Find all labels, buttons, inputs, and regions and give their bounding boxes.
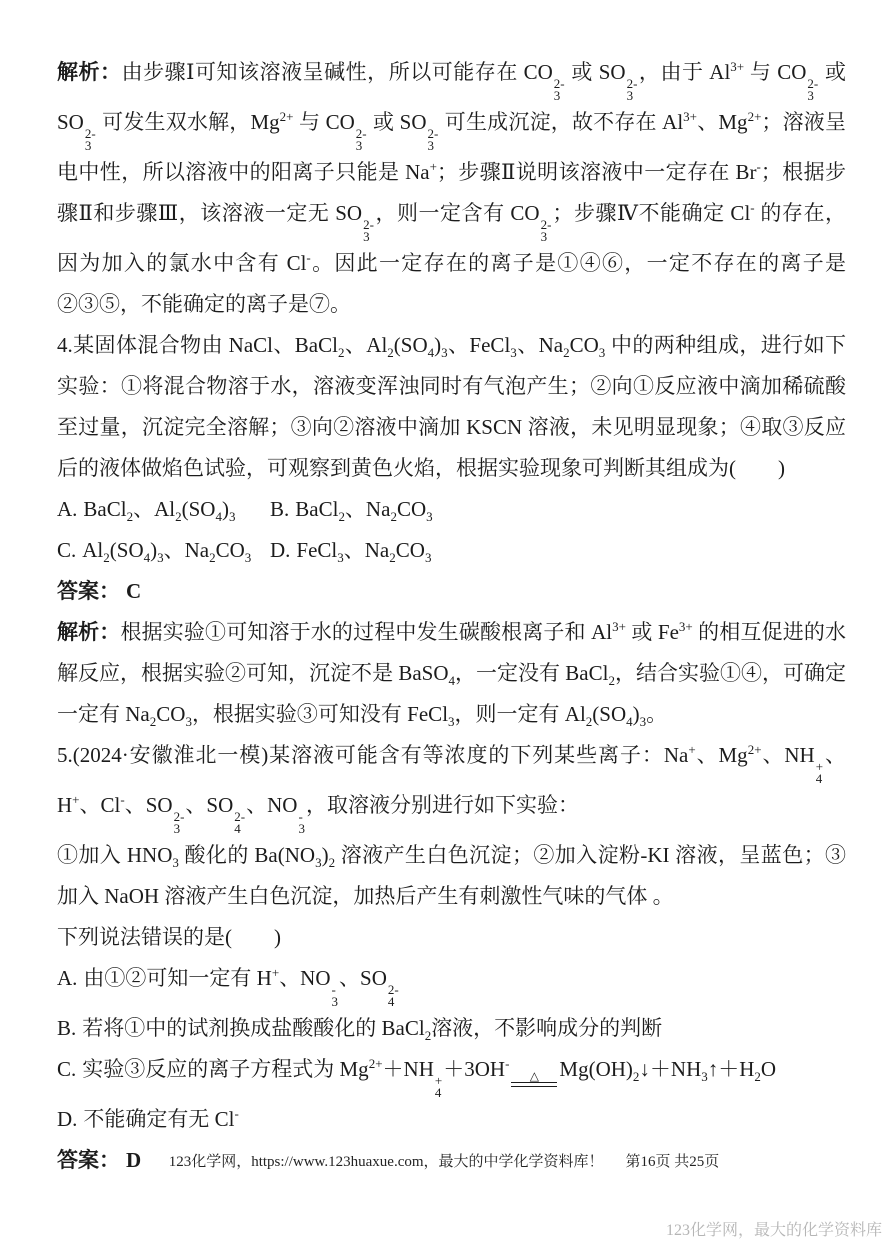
option-5c-label: C. [57, 1057, 76, 1081]
question-4-stem: 4.某固体混合物由 NaCl、BaCl2、Al2(SO4)3、FeCl3、Na2… [57, 325, 846, 489]
option-4d-text: FeCl3、Na2CO3 [296, 538, 431, 562]
option-4b-label: B. [270, 497, 289, 521]
analysis-4-text: 根据实验①可知溶于水的过程中发生碳酸根离子和 Al3+ 或 Fe3+ 的相互促进… [57, 620, 846, 726]
option-4a: A.BaCl2、Al2(SO4)3 [57, 489, 270, 530]
option-5b-text: 若将①中的试剂换成盐酸酸化的 BaCl2溶液，不影响成分的判断 [82, 1016, 662, 1040]
page-footer: 123化学网，https://www.123huaxue.com，最大的中学化学… [0, 1152, 888, 1172]
answer-4-value: C [126, 579, 141, 603]
watermark: 123化学网，最大的化学资料库 [666, 1221, 882, 1241]
question-5-question: 下列说法错误的是( ) [57, 917, 846, 958]
option-4b-text: BaCl2、Na2CO3 [295, 497, 432, 521]
option-5b: B.若将①中的试剂换成盐酸酸化的 BaCl2溶液，不影响成分的判断 [57, 1008, 846, 1049]
page-content: 解析：由步骤Ⅰ可知该溶液呈碱性，所以可能存在 CO2-3 或 SO2-3，由于 … [57, 52, 846, 1181]
option-5a: A.由①②可知一定有 H+、NO-3、SO2-4 [57, 958, 846, 1008]
question-5-stem: 5.(2024·安徽淮北一模)某溶液可能含有等浓度的下列某些离子：Na+、Mg2… [57, 735, 846, 835]
question-4-options: A.BaCl2、Al2(SO4)3 B.BaCl2、Na2CO3 C.Al2(S… [57, 489, 846, 571]
option-4d-label: D. [270, 538, 290, 562]
footer-site-text: 123化学网，https://www.123huaxue.com，最大的中学化学… [169, 1154, 604, 1170]
option-5b-label: B. [57, 1016, 76, 1040]
option-5a-label: A. [57, 966, 77, 990]
answer-4: 答案：C [57, 571, 846, 612]
option-5d: D.不能确定有无 Cl- [57, 1099, 846, 1140]
option-4a-label: A. [57, 497, 77, 521]
footer-page-number: 第16页 共25页 [626, 1154, 720, 1170]
analysis-text: 由步骤Ⅰ可知该溶液呈碱性，所以可能存在 CO2-3 或 SO2-3，由于 Al3… [57, 60, 846, 316]
option-4a-text: BaCl2、Al2(SO4)3 [83, 497, 235, 521]
option-5c: C.实验③反应的离子方程式为 Mg2+＋NH+4＋3OH-△Mg(OH)2↓＋N… [57, 1049, 846, 1099]
option-5a-text: 由①②可知一定有 H+、NO-3、SO2-4 [83, 966, 399, 990]
analysis-paragraph-q4: 解析：根据实验①可知溶于水的过程中发生碳酸根离子和 Al3+ 或 Fe3+ 的相… [57, 612, 846, 735]
answer-4-label: 答案： [57, 579, 120, 603]
option-4c: C.Al2(SO4)3、Na2CO3 [57, 530, 270, 571]
option-4c-text: Al2(SO4)3、Na2CO3 [82, 538, 251, 562]
option-4d: D.FeCl3、Na2CO3 [270, 530, 846, 571]
document-page: 解析：由步骤Ⅰ可知该溶液呈碱性，所以可能存在 CO2-3 或 SO2-3，由于 … [0, 0, 888, 1255]
option-4c-label: C. [57, 538, 76, 562]
question-5-experiments: ①加入 HNO3 酸化的 Ba(NO3)2 溶液产生白色沉淀；②加入淀粉-KI … [57, 835, 846, 917]
delta-heating-condition-icon: △ [511, 1071, 557, 1087]
option-5c-text: 实验③反应的离子方程式为 Mg2+＋NH+4＋3OH-△Mg(OH)2↓＋NH3… [82, 1057, 776, 1081]
option-5d-text: 不能确定有无 Cl- [83, 1107, 238, 1131]
option-4b: B.BaCl2、Na2CO3 [270, 489, 846, 530]
option-5d-label: D. [57, 1107, 77, 1131]
analysis-4-label: 解析： [57, 620, 120, 644]
analysis-label: 解析： [57, 60, 122, 84]
analysis-paragraph-q3: 解析：由步骤Ⅰ可知该溶液呈碱性，所以可能存在 CO2-3 或 SO2-3，由于 … [57, 52, 846, 325]
